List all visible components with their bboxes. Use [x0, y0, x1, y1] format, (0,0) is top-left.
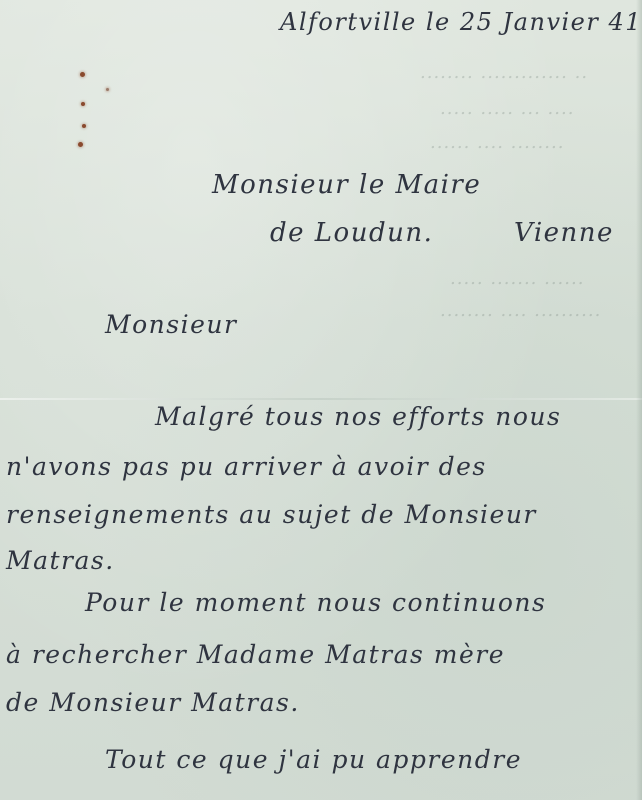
pin-hole-mark	[78, 142, 83, 147]
body-line: Matras.	[6, 546, 115, 575]
addressee-line-1: Monsieur le Maire	[212, 170, 481, 200]
paper-edge-shadow	[636, 0, 642, 800]
addressee-city: de Loudun.	[270, 218, 433, 248]
show-through-text: ..... ....... ......	[450, 268, 584, 289]
salutation: Monsieur	[105, 310, 237, 339]
body-line: n'avons pas pu arriver à avoir des	[6, 452, 487, 481]
show-through-text: ........ ............. ..	[420, 62, 588, 83]
pin-hole-mark	[81, 102, 85, 106]
show-through-text: ..... ..... ... ....	[440, 98, 574, 119]
body-line: à rechercher Madame Matras mère	[6, 640, 505, 669]
paper-fold-line	[0, 398, 642, 400]
body-line: renseignements au sujet de Monsieur	[6, 500, 537, 529]
body-line: Pour le moment nous continuons	[85, 588, 546, 617]
pin-hole-mark	[80, 72, 85, 77]
place-date: Alfortville le 25 Janvier 41	[280, 8, 642, 36]
show-through-text: ...... .... ........	[430, 132, 564, 153]
letter-paper	[0, 0, 642, 800]
pin-hole-mark	[82, 124, 86, 128]
body-line: Tout ce que j'ai pu apprendre	[105, 745, 522, 774]
addressee-region: Vienne	[514, 218, 614, 248]
body-line: de Monsieur Matras.	[6, 688, 300, 717]
pin-hole-mark	[106, 88, 109, 91]
body-line: Malgré tous nos efforts nous	[155, 402, 561, 431]
show-through-text: ........ .... ..........	[440, 300, 601, 321]
